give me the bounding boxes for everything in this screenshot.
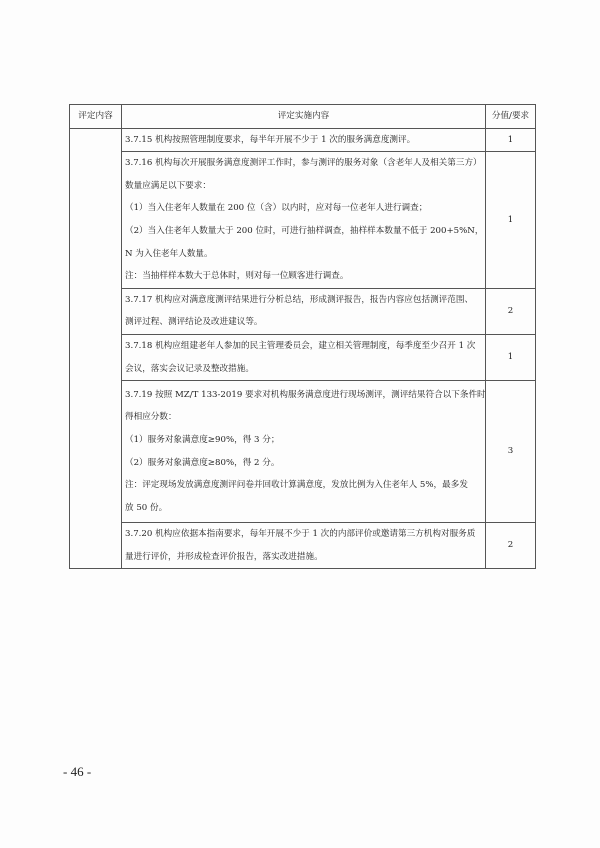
score-cell: 3 — [486, 381, 536, 523]
content-line: 3.7.20 机构应依据本指南要求，每年开展不少于 1 次的内部评价或邀请第三方… — [125, 523, 485, 546]
content-cell: 3.7.19 按照 MZ/T 133-2019 要求对机构服务满意度进行现场测评… — [122, 381, 486, 523]
content-line: 3.7.16 机构每次开展服务满意度测评工作时，参与测评的服务对象（含老年人及相… — [125, 152, 485, 175]
table-row: 3.7.18 机构应组建老年人参加的民主管理委员会，建立相关管理制度，每季度至少… — [70, 334, 536, 380]
content-line: 注：当抽样样本数大于总体时，则对每一位顾客进行调查。 — [125, 265, 485, 288]
header-evaluation-content: 评定实施内容 — [122, 105, 486, 129]
content-line: 3.7.15 机构按照管理制度要求，每半年开展不少于 1 次的服务满意度测评。 — [125, 129, 485, 152]
content-cell: 3.7.18 机构应组建老年人参加的民主管理委员会，建立相关管理制度，每季度至少… — [122, 334, 486, 380]
table-row: 3.7.16 机构每次开展服务满意度测评工作时，参与测评的服务对象（含老年人及相… — [70, 152, 536, 289]
score-cell: 2 — [486, 288, 536, 334]
score-cell: 1 — [486, 128, 536, 152]
content-line: 会议，落实会议记录及整改措施。 — [125, 358, 485, 381]
content-cell: 3.7.20 机构应依据本指南要求，每年开展不少于 1 次的内部评价或邀请第三方… — [122, 523, 486, 569]
table-row: 3.7.19 按照 MZ/T 133-2019 要求对机构服务满意度进行现场测评… — [70, 381, 536, 523]
table-row: 3.7.15 机构按照管理制度要求，每半年开展不少于 1 次的服务满意度测评。 … — [70, 128, 536, 152]
score-cell: 1 — [486, 152, 536, 289]
content-line: 得相应分数： — [125, 406, 485, 429]
content-cell: 3.7.15 机构按照管理制度要求，每半年开展不少于 1 次的服务满意度测评。 — [122, 128, 486, 152]
content-line: 3.7.19 按照 MZ/T 133-2019 要求对机构服务满意度进行现场测评… — [125, 384, 485, 407]
content-line: 数量应满足以下要求： — [125, 175, 485, 198]
content-line: （1）当入住老年人数量在 200 位（含）以内时，应对每一位老年人进行调查； — [125, 197, 485, 220]
content-line: （2）服务对象满意度≥80%，得 2 分。 — [125, 452, 485, 475]
evaluation-table: 评定内容 评定实施内容 分值/要求 3.7.15 机构按照管理制度要求，每半年开… — [69, 104, 536, 569]
score-cell: 1 — [486, 334, 536, 380]
content-line: 3.7.17 机构应对满意度测评结果进行分析总结，形成测评报告，报告内容应包括测… — [125, 289, 485, 312]
content-line: （1）服务对象满意度≥90%，得 3 分； — [125, 429, 485, 452]
content-line: 测评过程、测评结论及改进建议等。 — [125, 311, 485, 334]
page-number: - 46 - — [63, 764, 91, 780]
content-line: 注：评定现场发放满意度测评问卷并回收计算满意度，发放比例为入住老年人 5%，最多… — [125, 474, 485, 497]
content-line: （2）当入住老年人数量大于 200 位时，可进行抽样调查，抽样样本数量不低于 2… — [125, 220, 485, 243]
header-score-requirement: 分值/要求 — [486, 105, 536, 129]
score-cell: 2 — [486, 523, 536, 569]
content-line: 放 50 份。 — [125, 497, 485, 520]
content-cell: 3.7.17 机构应对满意度测评结果进行分析总结，形成测评报告，报告内容应包括测… — [122, 288, 486, 334]
table-row: 3.7.20 机构应依据本指南要求，每年开展不少于 1 次的内部评价或邀请第三方… — [70, 523, 536, 569]
category-cell — [70, 128, 122, 569]
content-cell: 3.7.16 机构每次开展服务满意度测评工作时，参与测评的服务对象（含老年人及相… — [122, 152, 486, 289]
table-header-row: 评定内容 评定实施内容 分值/要求 — [70, 105, 536, 129]
content-line: N 为入住老年人数量。 — [125, 243, 485, 266]
header-evaluation-item: 评定内容 — [70, 105, 122, 129]
document-page: 评定内容 评定实施内容 分值/要求 3.7.15 机构按照管理制度要求，每半年开… — [0, 0, 600, 848]
table-row: 3.7.17 机构应对满意度测评结果进行分析总结，形成测评报告，报告内容应包括测… — [70, 288, 536, 334]
content-line: 量进行评价，并形成检查评价报告，落实改进措施。 — [125, 546, 485, 569]
content-line: 3.7.18 机构应组建老年人参加的民主管理委员会，建立相关管理制度，每季度至少… — [125, 335, 485, 358]
